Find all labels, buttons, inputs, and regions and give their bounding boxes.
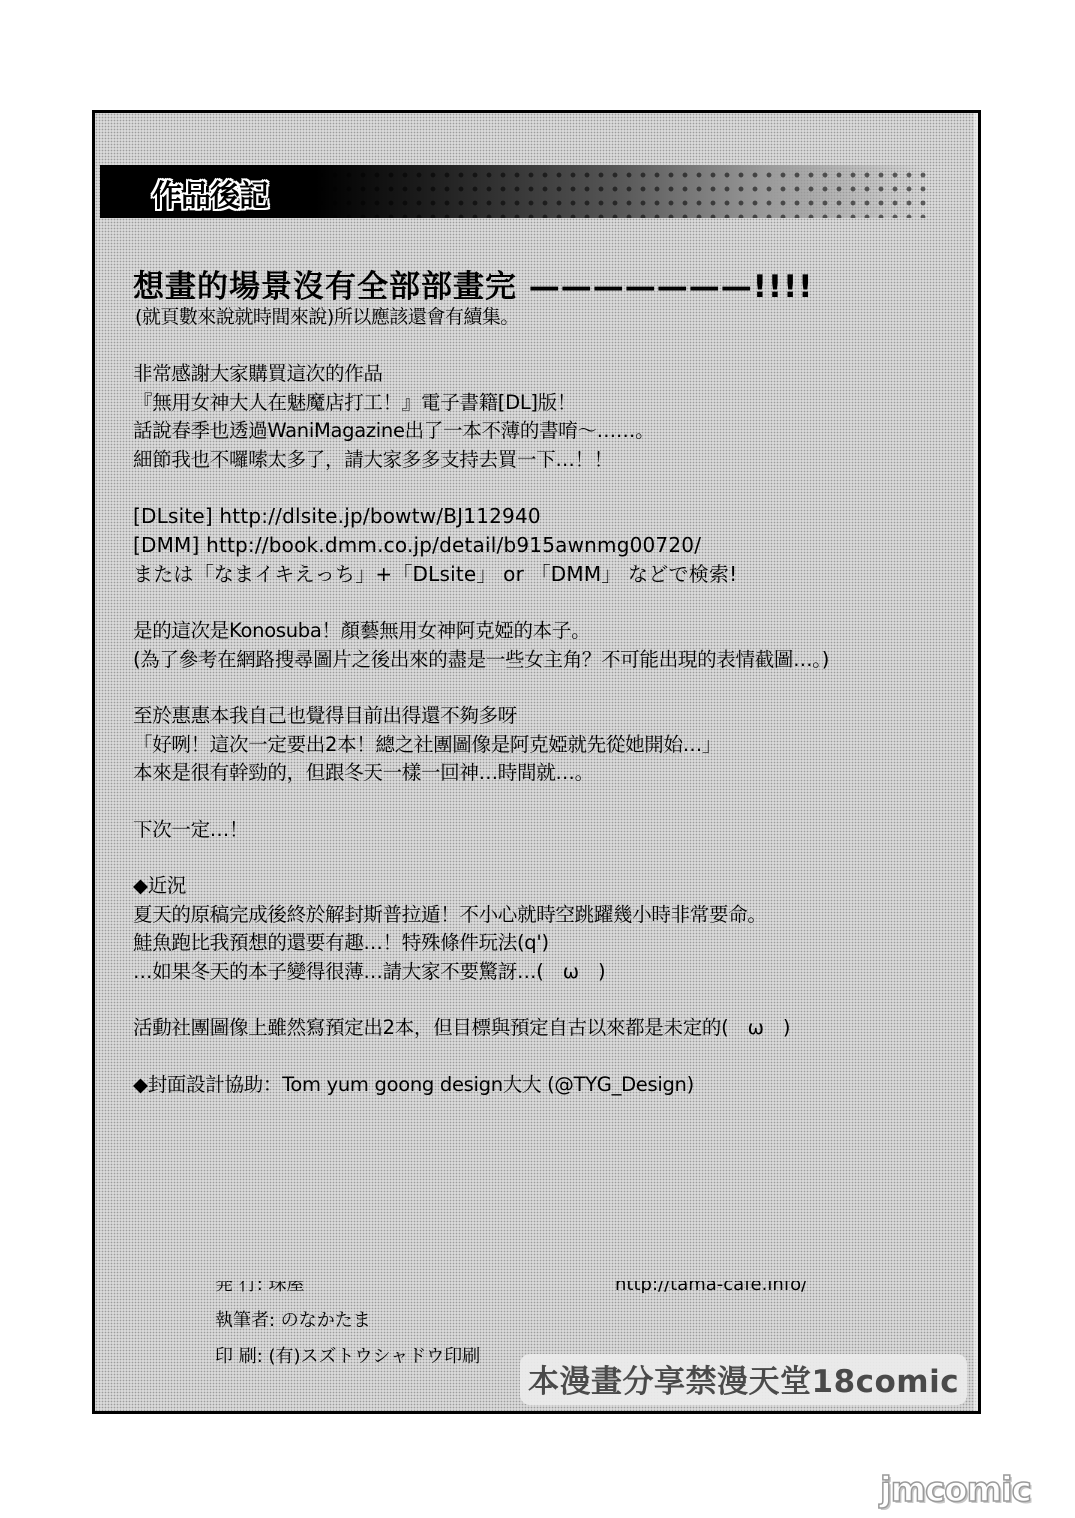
cover-credit: ◆封面設計協助：Tom yum goong design大大 (@TYG_Des…	[133, 1071, 963, 1100]
text-line: 是的這次是Konosuba！顏藝無用女神阿克婭的本子。	[133, 617, 963, 646]
section-title: 作品後記	[152, 171, 268, 215]
author-row: 執筆者: のなかたま	[215, 1303, 975, 1339]
recent-news-heading: ◆近況	[133, 872, 963, 901]
text-line: 活動社團圖像上雖然寫預定出2本，但目標與預定自古以來都是未定的( ω )	[133, 1014, 963, 1043]
text-line: 夏天的原稿完成後終於解封斯普拉遁！不小心就時空跳躍幾小時非常要命。	[133, 901, 963, 930]
circle-plan-paragraph: 活動社團圖像上雖然寫預定出2本，但目標與預定自古以來都是未定的( ω )	[133, 1014, 963, 1043]
page-frame: 作品後記 想畫的場景沒有全部部畫完 ———————!!!! (就頁數來說就時間來…	[92, 110, 981, 1414]
recent-news-paragraph: ◆近況 夏天的原稿完成後終於解封斯普拉遁！不小心就時空跳躍幾小時非常要命。 鮭魚…	[133, 872, 963, 986]
next-time-paragraph: 下次一定…！	[133, 816, 963, 845]
text-line: 細節我也不囉嗦太多了，請大家多多支持去買一下…！！	[133, 446, 963, 475]
text-line: 話說春季也透過WaniMagazine出了一本不薄的書唷～……。	[133, 417, 963, 446]
text-line: 鮭魚跑比我預想的還要有趣…！特殊條件玩法(q')	[133, 929, 963, 958]
dmm-link: [DMM] http://book.dmm.co.jp/detail/b915a…	[133, 531, 963, 560]
text-line: 「好咧！這次一定要出2本！總之社團圖像是阿克婭就先從她開始…」	[133, 731, 963, 760]
text-line: …如果冬天的本子變得很薄…請大家不要驚訝…( ω )	[133, 958, 963, 987]
text-line: 『無用女神大人在魅魔店打工！』電子書籍[DL]版！	[133, 389, 963, 418]
publisher-row: 発 行: 珠屋 http://tama-cafe.info/	[215, 1281, 975, 1293]
text-line: 本來是很有幹勁的，但跟冬天一樣一回神…時間就…。	[133, 759, 963, 788]
text-line: 非常感謝大家購買這次的作品	[133, 360, 963, 389]
subline: (就頁數來說就時間來說)所以應該還會有續集。	[135, 306, 963, 328]
watermark-banner: 本漫畫分享禁漫天堂18comic	[520, 1354, 967, 1405]
thanks-paragraph: 非常感謝大家購買這次的作品 『無用女神大人在魅魔店打工！』電子書籍[DL]版！ …	[133, 360, 963, 474]
text-line: 至於惠惠本我自己也覺得目前出得還不夠多呀	[133, 702, 963, 731]
afterword-content: 想畫的場景沒有全部部畫完 ———————!!!! (就頁數來說就時間來說)所以應…	[133, 268, 963, 1099]
jmcomic-logo: jmcomic	[880, 1470, 1031, 1510]
cover-credit-paragraph: ◆封面設計協助：Tom yum goong design大大 (@TYG_Des…	[133, 1071, 963, 1100]
text-line: (為了參考在網路搜尋圖片之後出來的盡是一些女主角？不可能出現的表情截圖…。)	[133, 646, 963, 675]
text-line: 下次一定…！	[133, 816, 963, 845]
author-label: 執筆者: のなかたま	[215, 1310, 371, 1331]
headline: 想畫的場景沒有全部部畫完 ———————!!!!	[133, 268, 963, 306]
store-links: [DLsite] http://dlsite.jp/bowtw/BJ112940…	[133, 502, 963, 589]
publisher-url: http://tama-cafe.info/	[615, 1281, 807, 1293]
megumin-paragraph: 至於惠惠本我自己也覺得目前出得還不夠多呀 「好咧！這次一定要出2本！總之社團圖像…	[133, 702, 963, 788]
publisher-label: 発 行: 珠屋	[215, 1281, 305, 1293]
search-hint: または「なまイキえっち」+「DLsite」 or 「DMM」 などで検索!	[133, 560, 963, 589]
section-header-band: 作品後記	[100, 165, 930, 218]
printer-label: 印 刷: (有)スズトウシャドウ印刷	[215, 1346, 480, 1367]
konosuba-paragraph: 是的這次是Konosuba！顏藝無用女神阿克婭的本子。 (為了參考在網路搜尋圖片…	[133, 617, 963, 674]
dlsite-link: [DLsite] http://dlsite.jp/bowtw/BJ112940	[133, 502, 963, 531]
